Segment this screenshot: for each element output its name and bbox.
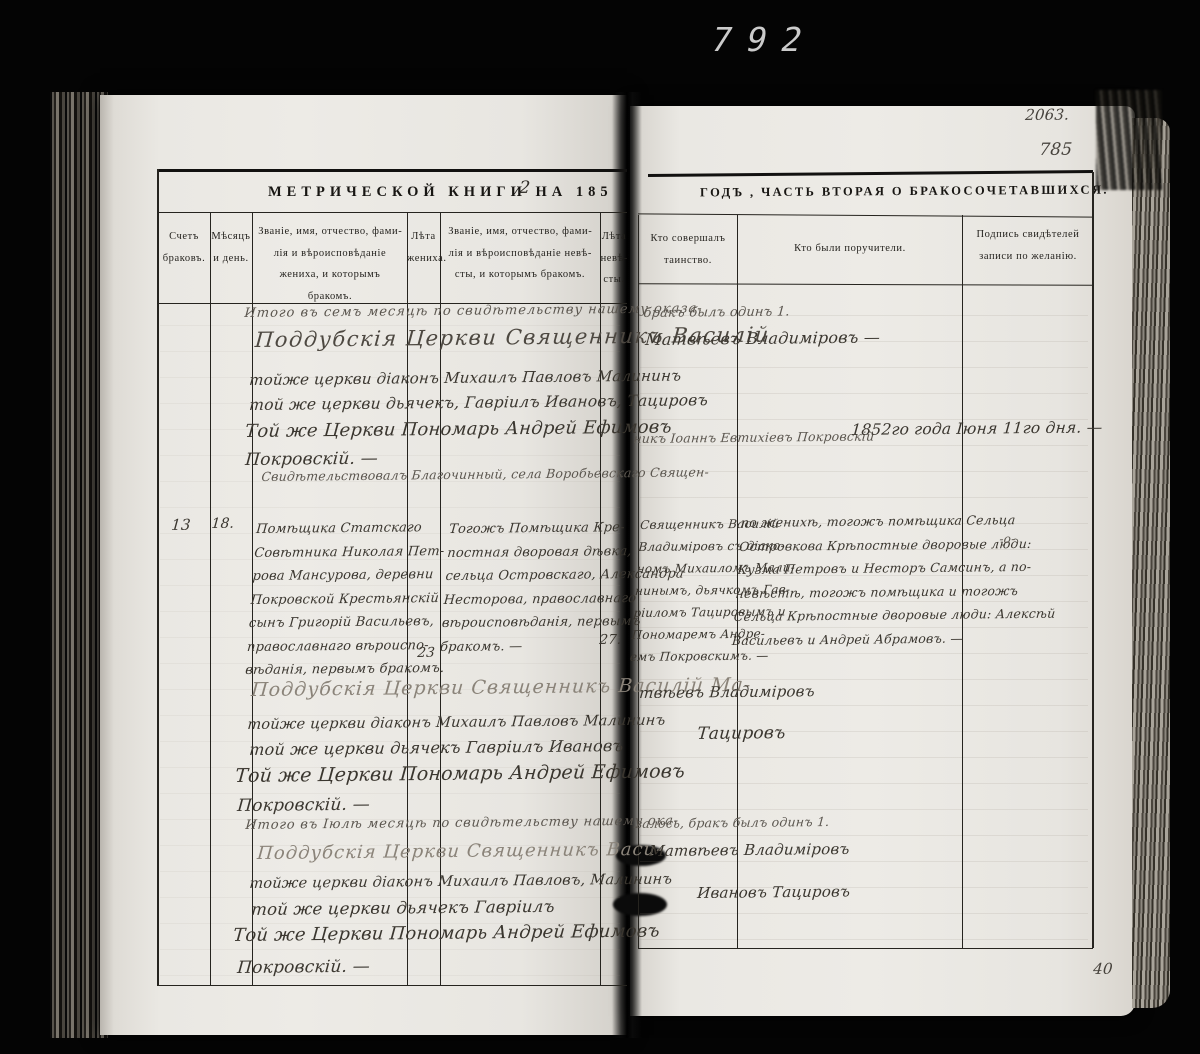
bride-age: 27. (599, 632, 622, 648)
column-header-groom: Званіе, имя, отчество, фами­лія и вѣроис… (256, 221, 404, 307)
column-line (210, 212, 211, 985)
handwritten-line: Тацировъ (696, 723, 786, 744)
handwritten-line: рова Мансурова, деревни (252, 563, 453, 589)
handwritten-year: 2 (518, 178, 531, 198)
column-header-count: Счетъ браковъ. (158, 226, 210, 269)
table-line (157, 985, 627, 986)
handwritten-line: Совѣтника Николая Пет- (253, 539, 454, 565)
right-page-title: ГОДЪ , ЧАСТЬ ВТОРАЯ О БРАКОСОЧЕТАВШИХСЯ. (700, 183, 1109, 201)
film-frame-number: 792 (707, 20, 821, 59)
handwritten-line: Покровской Крестьянскій (250, 586, 451, 612)
handwritten-line: Матвѣевъ Владиміровъ (649, 840, 851, 860)
record-day: 18. (211, 516, 235, 532)
archive-stamp-number: 2063. (1025, 106, 1070, 124)
handwritten-line: той же церкви дьячекъ Гавріилъ (251, 897, 556, 919)
handwritten-line: Покровскій. — (236, 795, 370, 816)
column-header-month-day: Мѣсяцъ и день. (210, 226, 252, 269)
handwritten-line: бракъ былъ одинъ 1. (643, 304, 790, 321)
handwritten-line: Той же Церкви Пономарь Андрей Ефимовъ (232, 921, 660, 946)
record-number: 13 (171, 516, 192, 534)
handwritten-line: Покровскій. — (236, 957, 370, 978)
folio-number-top: 785 (1038, 140, 1073, 160)
left-page-title: МЕТРИЧЕСКОЙ КНИГИ НА 185 (268, 184, 613, 201)
handwritten-line: той же церкви дьячекъ Гавріилъ Ивановъ (249, 736, 625, 759)
table-line (638, 948, 1093, 949)
page-corner-wear (1096, 90, 1162, 190)
handwritten-line: никъ Іоаннъ Евтихіевъ Покровскій (633, 428, 875, 446)
handwritten-line: Той же Церкви Пономарь Андрей Ефимовъ (244, 417, 672, 442)
guarantors-description: по женихѣ, тогожъ помѣщика Сельца Остров… (731, 508, 1064, 652)
column-header-bride: Званіе, имя, отчество, фами­лія и вѣроис… (444, 221, 596, 286)
table-frame-line (157, 169, 159, 986)
column-header-signatures: Подпись свидѣтелей записи по желанію. (966, 224, 1090, 267)
handwritten-line: 1852го года Іюня 11го дня. — (851, 418, 1104, 439)
table-frame-line (157, 169, 627, 172)
handwritten-line: Васильевъ и Андрей Абрамовъ. — (731, 625, 1054, 652)
column-header-officiant: Кто совершалъ таинство. (640, 228, 736, 271)
handwritten-line: Матвѣевъ Владиміровъ — (645, 328, 881, 349)
table-line (157, 212, 627, 213)
handwritten-line: Помѣщика Статскаго (255, 516, 456, 542)
column-header-bride-age: Лѣта невѣ­сты. (600, 226, 628, 291)
book-right-page-edges (1132, 118, 1170, 1008)
column-header-guarantors: Кто были поручители. (740, 238, 960, 260)
table-frame-line (1092, 172, 1094, 948)
groom-age: 23 (417, 645, 436, 661)
archival-photo: 792 2063. 785 40 МЕТРИЧЕСКОЙ КНИГИ НА 18… (0, 0, 1200, 1054)
signature-mark: -о- (999, 532, 1016, 546)
folio-number-bottom: 40 (1093, 960, 1114, 978)
handwritten-line: Сельца Крѣпостные дворовые люди: Алексѣй (733, 602, 1056, 629)
handwritten-line: твѣевъ Владиміровъ (639, 682, 816, 702)
handwritten-line: Поддубскія Церкви Священникъ Васи- (256, 839, 664, 864)
handwritten-line: залось, бракъ былъ одинъ 1. (635, 814, 830, 831)
handwritten-line: сынъ Григорій Васильевъ, (248, 610, 449, 636)
handwritten-line: по женихѣ, тогожъ помѣщика Сельца (740, 508, 1063, 535)
handwritten-line: Кузма Петровъ и Несторъ Самсинъ, а по- (737, 555, 1060, 582)
column-header-groom-age: Лѣта жениха. (407, 226, 440, 269)
handwritten-line: невѣстѣ, тогожъ помѣщика и тогожъ (735, 578, 1058, 605)
handwritten-line: Ивановъ Тацировъ (697, 882, 851, 902)
handwritten-line: Покровскій. — (244, 449, 378, 470)
